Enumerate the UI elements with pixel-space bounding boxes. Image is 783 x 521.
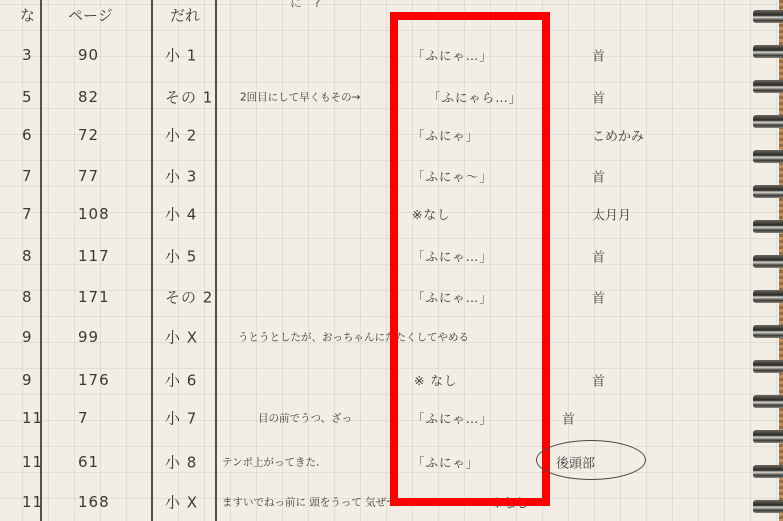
row-page: 61 bbox=[78, 453, 99, 471]
row-volume: 8 bbox=[22, 247, 33, 265]
row-note: 2回目にして早くもその→ bbox=[240, 90, 360, 105]
spiral-ring bbox=[753, 500, 783, 513]
row-volume: 5 bbox=[22, 88, 33, 106]
spiral-ring bbox=[753, 150, 783, 163]
row-volume: 11 bbox=[22, 453, 43, 471]
header-page: ページ bbox=[68, 5, 113, 26]
row-volume: 3 bbox=[22, 46, 33, 64]
spiral-ring bbox=[753, 465, 783, 478]
column-divider-volume bbox=[40, 0, 42, 521]
row-who: 小 6 bbox=[165, 370, 197, 391]
spiral-ring bbox=[753, 220, 783, 233]
row-volume: 9 bbox=[22, 328, 33, 346]
row-page: 176 bbox=[78, 371, 110, 389]
notebook-page: に ? な ページ だれ 390小 1「ふにゃ…」首582その 12回目にして早… bbox=[0, 0, 783, 521]
row-volume: 11 bbox=[22, 493, 43, 511]
row-volume: 11 bbox=[22, 409, 43, 427]
row-page: 108 bbox=[78, 205, 110, 223]
row-who: 小 X bbox=[165, 492, 198, 513]
row-page: 168 bbox=[78, 493, 110, 511]
spiral-ring bbox=[753, 80, 783, 93]
row-page: 117 bbox=[78, 247, 110, 265]
row-who: その 1 bbox=[165, 87, 213, 108]
row-page: 7 bbox=[78, 409, 89, 427]
row-who: 小 8 bbox=[165, 452, 197, 473]
spiral-ring bbox=[753, 325, 783, 338]
spiral-ring bbox=[753, 360, 783, 373]
column-divider-page bbox=[151, 0, 153, 521]
row-who: 小 4 bbox=[165, 204, 197, 225]
row-who: 小 7 bbox=[165, 408, 197, 429]
row-page: 82 bbox=[78, 88, 99, 106]
spiral-ring bbox=[753, 115, 783, 128]
spiral-ring bbox=[753, 290, 783, 303]
row-place: 太月月 bbox=[592, 205, 631, 224]
row-volume: 7 bbox=[22, 167, 33, 185]
row-page: 171 bbox=[78, 288, 110, 306]
row-volume: 7 bbox=[22, 205, 33, 223]
row-place: 首 bbox=[592, 371, 605, 390]
row-who: 小 1 bbox=[165, 45, 197, 66]
row-volume: 8 bbox=[22, 288, 33, 306]
circled-annotation bbox=[536, 440, 646, 480]
spiral-binding bbox=[747, 0, 783, 521]
row-place: 首 bbox=[562, 409, 575, 428]
row-volume: 9 bbox=[22, 371, 33, 389]
row-page: 99 bbox=[78, 328, 99, 346]
row-place: 首 bbox=[592, 167, 605, 186]
row-note: 目の前でうつ、ざっ bbox=[258, 411, 352, 426]
red-highlight-box bbox=[390, 12, 550, 506]
row-page: 72 bbox=[78, 126, 99, 144]
row-place: こめかみ bbox=[592, 126, 644, 145]
row-who: その 2 bbox=[165, 287, 213, 308]
row-place: 首 bbox=[592, 247, 605, 266]
row-who: 小 2 bbox=[165, 125, 197, 146]
spiral-ring bbox=[753, 10, 783, 23]
row-page: 90 bbox=[78, 46, 99, 64]
row-who: 小 X bbox=[165, 327, 198, 348]
top-scribble: に ? bbox=[290, 0, 320, 11]
row-who: 小 5 bbox=[165, 246, 197, 267]
row-place: 首 bbox=[592, 46, 605, 65]
spiral-ring bbox=[753, 45, 783, 58]
header-who: だれ bbox=[170, 5, 200, 26]
header-volume: な bbox=[20, 5, 35, 26]
row-place: 首 bbox=[592, 288, 605, 307]
row-who: 小 3 bbox=[165, 166, 197, 187]
row-page: 77 bbox=[78, 167, 99, 185]
column-divider-who bbox=[215, 0, 217, 521]
spiral-ring bbox=[753, 185, 783, 198]
spiral-ring bbox=[753, 255, 783, 268]
row-place: 首 bbox=[592, 88, 605, 107]
row-volume: 6 bbox=[22, 126, 33, 144]
spiral-ring bbox=[753, 395, 783, 408]
spiral-ring bbox=[753, 430, 783, 443]
row-note: ますいでねっ前に 頭をうって 気ぜつ bbox=[222, 495, 397, 510]
row-note: テンポ上がってきた. bbox=[222, 455, 319, 470]
